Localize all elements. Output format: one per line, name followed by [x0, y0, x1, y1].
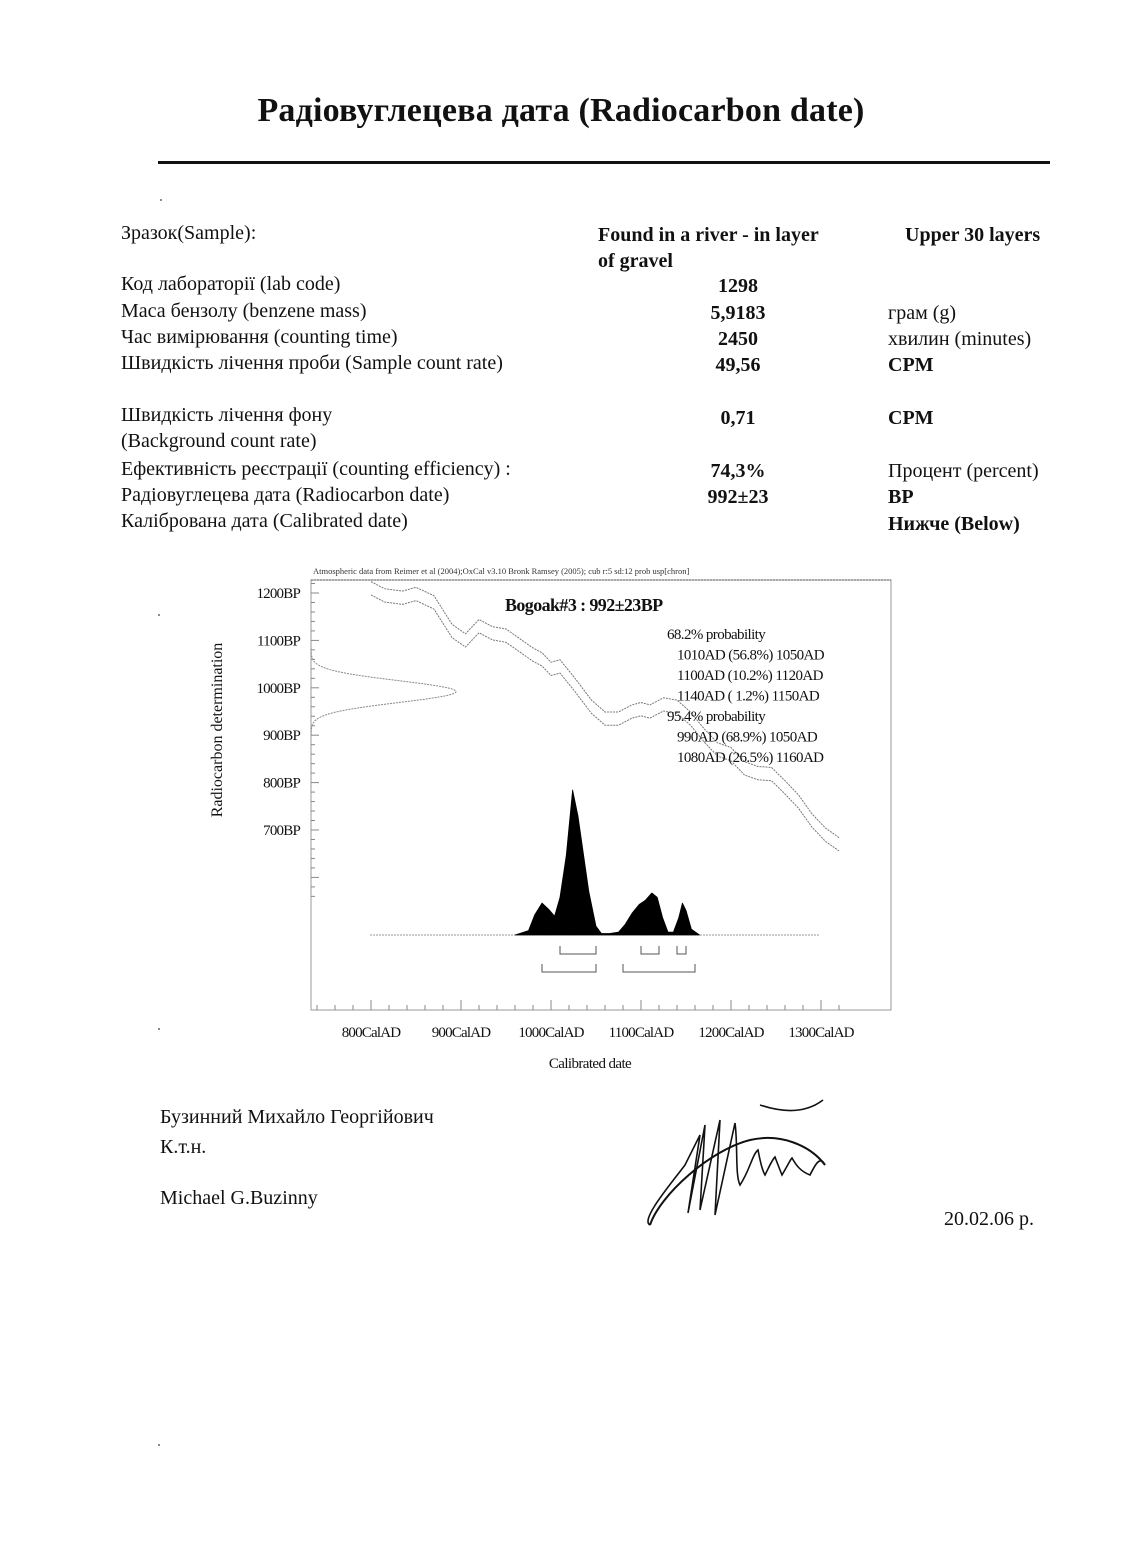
- row-label-sample-count-rate: Швидкість лічення проби (Sample count ra…: [121, 350, 503, 376]
- row-unit-background-count-rate: CPM: [888, 405, 934, 431]
- range-bracket-95: [542, 964, 596, 972]
- sample-label: Зразок(Sample):: [121, 220, 256, 246]
- title-divider: [158, 161, 1050, 164]
- x-tick-label: 1200CalAD: [698, 1025, 764, 1041]
- row-unit-radiocarbon-date: BP: [888, 484, 914, 510]
- scan-speck: [158, 1444, 160, 1446]
- probability-range: 1100AD (10.2%) 1120AD: [677, 668, 824, 684]
- document-date: 20.02.06 р.: [944, 1208, 1034, 1231]
- y-tick-label: 1100BP: [257, 633, 300, 649]
- y-tick-label: 1000BP: [256, 681, 300, 697]
- row-label2-background-count-rate: (Background count rate): [121, 428, 316, 454]
- row-value-counting-time: 2450: [598, 326, 878, 352]
- row-label-lab-code: Код лабораторії (lab code): [121, 271, 340, 297]
- row-label-radiocarbon-date: Радіовуглецева дата (Radiocarbon date): [121, 482, 449, 508]
- row-unit-counting-efficiency: Процент (percent): [888, 458, 1039, 484]
- calibration-curve-upper: [371, 582, 839, 838]
- row-label-background-count-rate: Швидкість лічення фону: [121, 402, 332, 428]
- y-tick-label: 700BP: [263, 823, 300, 839]
- probability-range: 1080AD (26.5%) 1160AD: [677, 750, 824, 766]
- probability-range: 990AD (68.9%) 1050AD: [677, 730, 818, 746]
- signatory-name-ua: Бузинний Михайло Георгійович: [160, 1104, 434, 1130]
- row-label-counting-efficiency: Ефективність реєстрації (counting effici…: [121, 456, 511, 482]
- x-tick-label: 900CalAD: [432, 1025, 492, 1041]
- x-axis-label: Calibrated date: [549, 1056, 632, 1072]
- x-tick-label: 1100CalAD: [609, 1025, 675, 1041]
- range-bracket-68: [641, 946, 659, 954]
- row-label-counting-time: Час вимірювання (counting time): [121, 324, 398, 350]
- row-unit-calibrated-date: Нижче (Below): [888, 511, 1020, 537]
- row-unit-benzene-mass: грам (g): [888, 300, 956, 326]
- plot-frame: [311, 580, 891, 1010]
- chart-source-note: Atmospheric data from Reimer et al (2004…: [313, 566, 689, 576]
- row-value-sample-count-rate: 49,56: [598, 352, 878, 378]
- row-label-benzene-mass: Маса бензолу (benzene mass): [121, 298, 366, 324]
- sample-description-line2: of gravel: [598, 248, 878, 274]
- row-value-radiocarbon-date: 992±23: [598, 484, 878, 510]
- y-tick-label: 900BP: [263, 728, 300, 744]
- scan-speck: [158, 1028, 160, 1030]
- row-unit-sample-count-rate: CPM: [888, 352, 934, 378]
- probability-heading: 68.2% probability: [667, 627, 766, 643]
- range-bracket-68: [677, 946, 686, 954]
- row-value-lab-code: 1298: [598, 273, 878, 299]
- range-bracket-95: [623, 964, 695, 972]
- signatory-name-en: Michael G.Buzinny: [160, 1185, 318, 1211]
- y-tick-label: 800BP: [263, 776, 300, 792]
- x-tick-label: 1300CalAD: [788, 1025, 854, 1041]
- row-unit-counting-time: хвилин (minutes): [888, 326, 1031, 352]
- x-tick-label: 800CalAD: [342, 1025, 402, 1041]
- row-label-calibrated-date: Калібрована дата (Calibrated date): [121, 508, 408, 534]
- row-value-benzene-mass: 5,9183: [598, 300, 878, 326]
- scan-speck: [160, 199, 162, 201]
- document-title: Радіовуглецева дата (Radiocarbon date): [0, 92, 1122, 130]
- probability-heading: 95.4% probability: [667, 709, 766, 725]
- radiocarbon-measurement-distribution: [311, 648, 456, 735]
- calibration-curve-lower: [371, 595, 839, 851]
- chart-title: Bogoak#3 : 992±23BP: [505, 595, 663, 615]
- handwritten-signature: [640, 1095, 840, 1235]
- y-axis-label: Radiocarbon determination: [209, 643, 226, 818]
- sample-note: Upper 30 layers: [905, 222, 1040, 248]
- probability-range: 1010AD (56.8%) 1050AD: [677, 648, 825, 664]
- calibrated-distribution: [515, 790, 700, 935]
- calibration-chart: Atmospheric data from Reimer et al (2004…: [190, 560, 910, 1080]
- sample-description-line1: Found in a river - in layer: [598, 222, 878, 248]
- scan-speck: [158, 614, 160, 616]
- row-value-counting-efficiency: 74,3%: [598, 458, 878, 484]
- signatory-degree: К.т.н.: [160, 1134, 206, 1160]
- row-value-background-count-rate: 0,71: [598, 405, 878, 431]
- y-tick-label: 1200BP: [256, 586, 300, 602]
- range-bracket-68: [560, 946, 596, 954]
- probability-range: 1140AD ( 1.2%) 1150AD: [677, 689, 820, 705]
- x-tick-label: 1000CalAD: [518, 1025, 584, 1041]
